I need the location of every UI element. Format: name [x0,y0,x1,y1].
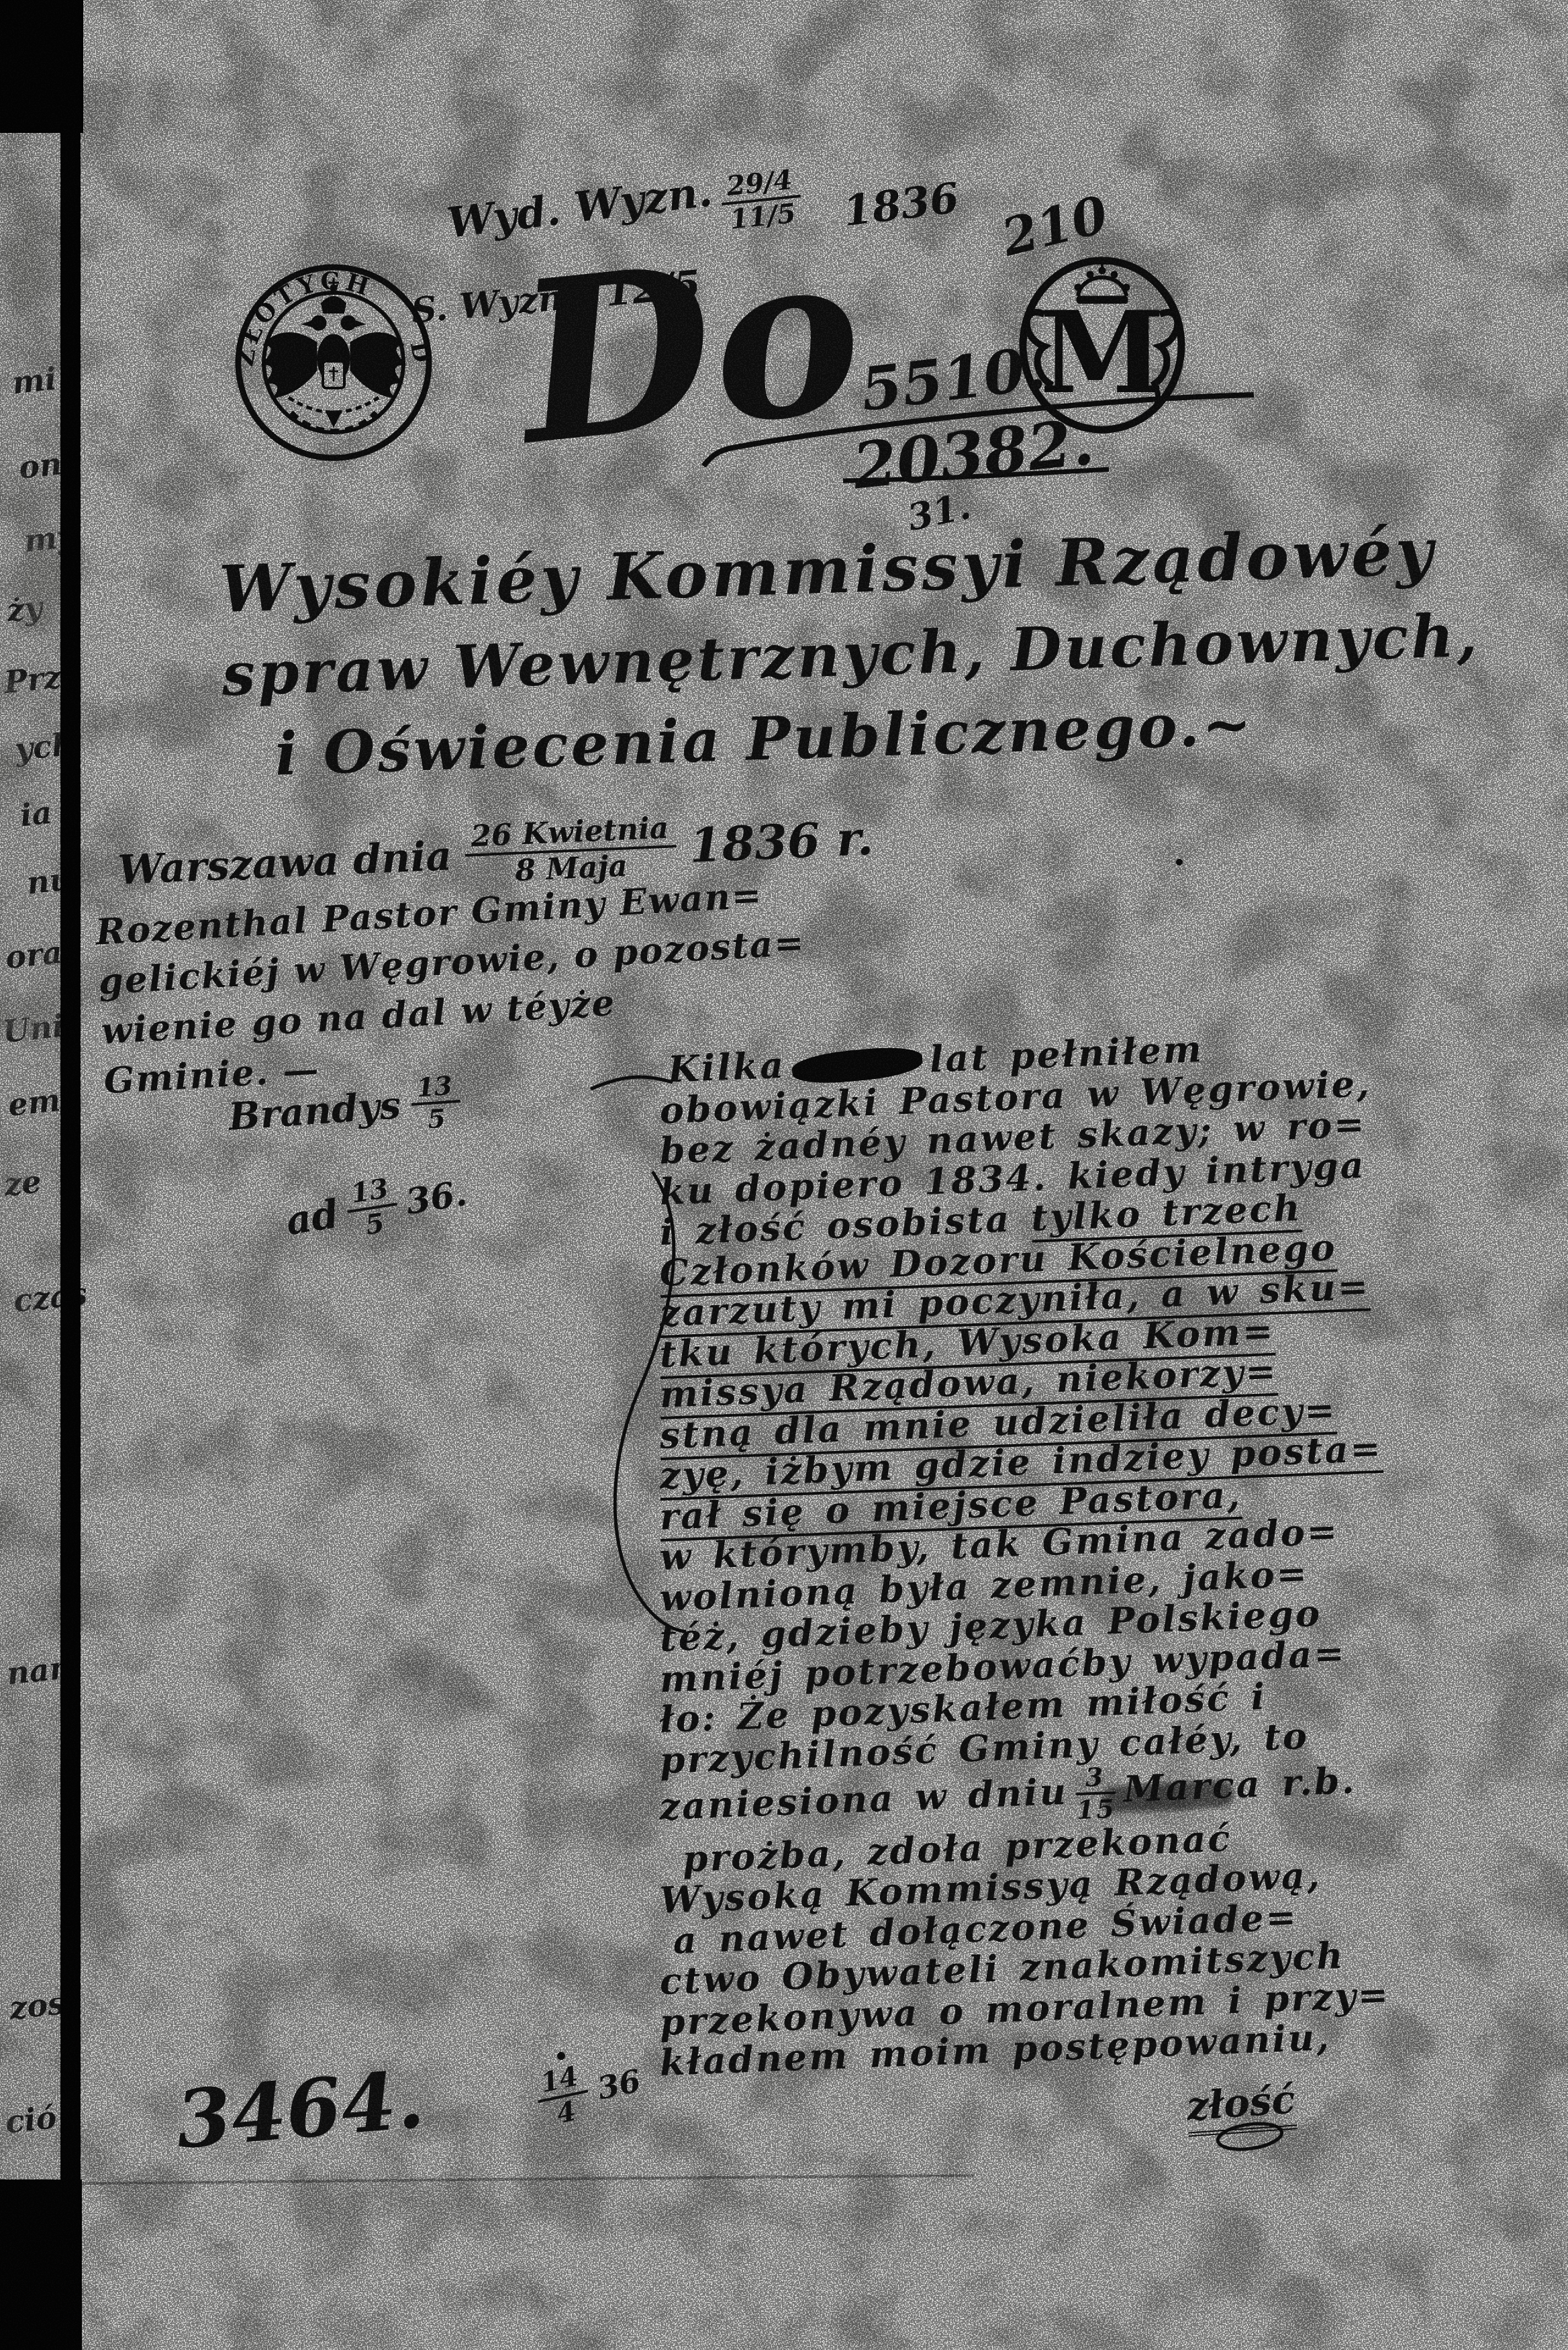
document-scan-page: mi ony my ży Prz ych ia nu ora Uni em ze… [0,0,1568,2350]
filing-year: 36. [403,1173,470,1223]
body-date-bottom: 15 [1076,1794,1116,1824]
body-line-text: Marca r.b. [1122,1758,1357,1810]
adjacent-page-strip: mi ony my ży Prz ych ia nu ora Uni em ze… [0,132,62,2181]
edge-text-fragment: ora [3,934,64,976]
edge-text-fragment: ció [3,2099,58,2141]
edge-text-fragment: ia [18,794,54,834]
monogram-letter: M [1040,286,1165,419]
body-date-top: 3 [1075,1763,1116,1795]
case-number-received: 5510. [857,333,1049,425]
clerk-date-fraction: 13 5 [409,1072,462,1134]
body-date-fraction: 315 [1075,1763,1116,1824]
registry-dept-year: 1836 [840,173,961,236]
docket-note: 14 4 36 [532,2050,646,2132]
edge-text-fragment: Prz [2,659,62,701]
body-line-text: zaniesiona w dniu [658,1770,1069,1828]
filing-note: ad 13 5 36. [281,1162,471,1252]
dateline-place: Warszawa dnia [117,833,453,894]
clerk-date-bottom: 5 [411,1102,462,1134]
dateline-year: 1836 r. [688,810,874,874]
docket-number: 3464. [173,2052,428,2167]
film-edge-bottom-left [0,2179,82,2350]
docket-year: 36 [594,2062,644,2106]
film-edge-top-left [0,0,83,133]
edge-text-fragment: em [6,1082,62,1123]
edge-text-fragment: mi [10,361,58,402]
edge-text-fragment: Uni [1,1007,65,1049]
salutation-do: Do [509,219,871,475]
body-line-text: Kilka [667,1043,787,1091]
edge-text-fragment: ze [2,1163,43,1203]
folio-number: 210 [996,184,1114,268]
petition-body: Kilkalat pełniłem obowiązki Pastora w Wę… [660,1049,1479,2083]
edge-text-fragment: zos [7,1985,66,2026]
filing-date-fraction: 13 5 [342,1174,402,1243]
edge-text-fragment: ży [5,589,44,628]
address-block: Wysokiéy Kommissyi Rządowéy spraw Wewnęt… [218,512,1306,796]
film-gutter-band [60,0,81,2350]
filing-mark: ad [283,1190,342,1243]
clerk-date-top: 13 [409,1072,460,1106]
catchword: złość [1185,2076,1297,2136]
monogram-stamp: M [1023,258,1181,430]
clerk-name: Brandys [227,1083,402,1139]
docket-date-fraction: 14 4 [532,2061,594,2132]
